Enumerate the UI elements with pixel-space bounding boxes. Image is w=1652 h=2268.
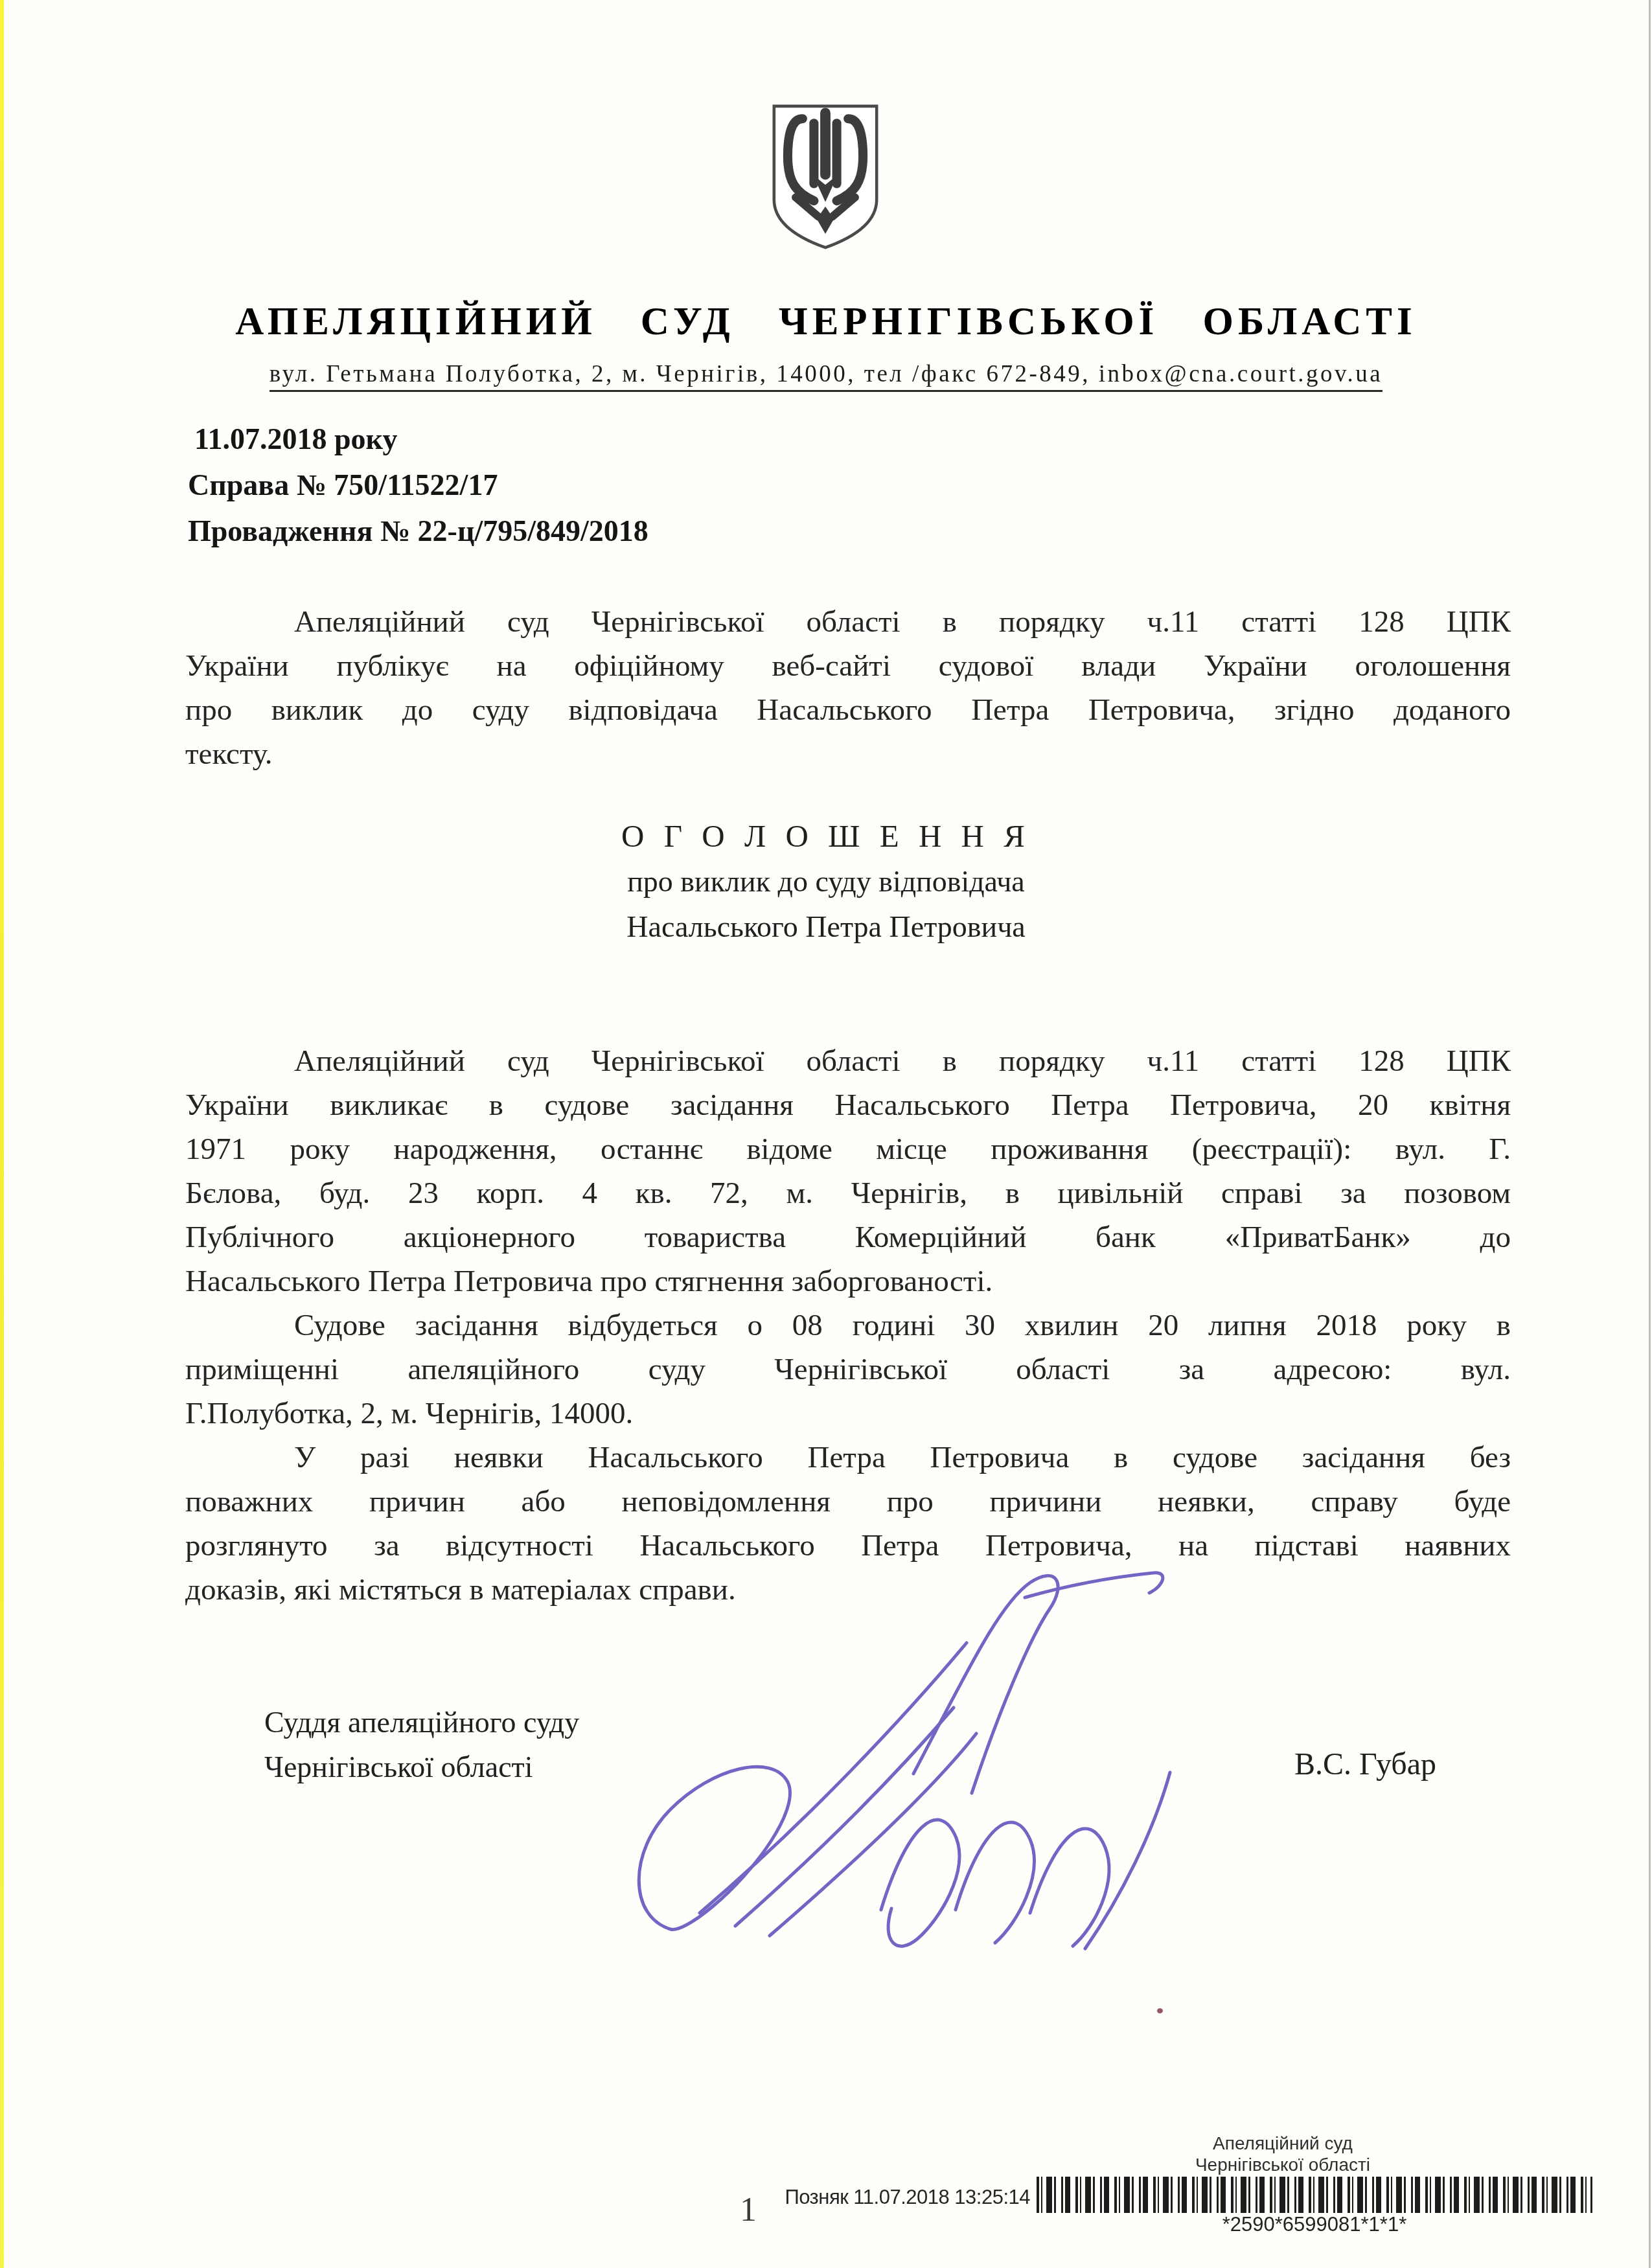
paragraph-line: приміщенні апеляційного суду Чернігівськ… — [185, 1347, 1511, 1392]
summons-paragraph: Апеляційний суд Чернігівської області в … — [185, 1039, 1511, 1303]
case-meta-block: 11.07.2018 року Справа № 750/11522/17 Пр… — [188, 416, 648, 554]
paragraph-line: поважних причин або неповідомлення про п… — [185, 1480, 1511, 1524]
paragraph-line: Г.Полуботка, 2, м. Чернігів, 14000. — [185, 1392, 1511, 1436]
document-date: 11.07.2018 року — [188, 416, 648, 462]
page-number: 1 — [740, 2191, 757, 2229]
judge-role-line: Суддя апеляційного суду — [264, 1700, 579, 1745]
judge-name: В.С. Губар — [1294, 1747, 1436, 1782]
paragraph-line: У разі неявки Насальського Петра Петрови… — [185, 1436, 1511, 1480]
paragraph-line: України викликає в судове засідання Наса… — [185, 1083, 1511, 1127]
paragraph-line: про виклик до суду відповідача Насальськ… — [185, 688, 1511, 732]
paragraph-line: тексту. — [185, 732, 1511, 776]
scanned-court-document-page: АПЕЛЯЦІЙНИЙ СУД ЧЕРНІГІВСЬКОЇ ОБЛАСТІ ву… — [0, 0, 1652, 2268]
proceeding-number: Провадження № 22-ц/795/849/2018 — [188, 508, 648, 554]
announcement-subtitle: про виклик до суду відповідача — [0, 859, 1652, 904]
announcement-title: О Г О Л О Ш Е Н Н Я — [0, 814, 1652, 859]
ukraine-trident-emblem-icon — [768, 101, 882, 253]
footer-stamp-block: Апеляційний суд Чернігівської області — [1056, 2133, 1509, 2175]
announcement-subtitle: Насальського Петра Петровича — [0, 904, 1652, 950]
paragraph-line: Публічного акціонерного товариства Комер… — [185, 1215, 1511, 1259]
barcode-value: *2590*6599081*1*1* — [1037, 2213, 1592, 2236]
intro-paragraph: Апеляційний суд Чернігівської області в … — [185, 600, 1511, 776]
judge-role-line: Чернігівської області — [264, 1745, 579, 1789]
paragraph-line: Апеляційний суд Чернігівської області в … — [185, 600, 1511, 644]
paragraph-line: Апеляційний суд Чернігівської області в … — [185, 1039, 1511, 1083]
announcement-heading-block: О Г О Л О Ш Е Н Н Я про виклик до суду в… — [0, 814, 1652, 950]
handwritten-signature-icon — [602, 1547, 1179, 1975]
court-name-title: АПЕЛЯЦІЙНИЙ СУД ЧЕРНІГІВСЬКОЇ ОБЛАСТІ — [0, 299, 1652, 345]
paragraph-line: України публікує на офіційному веб-сайті… — [185, 644, 1511, 688]
court-address-line: вул. Гетьмана Полуботка, 2, м. Чернігів,… — [0, 360, 1652, 388]
paragraph-line: Бєлова, буд. 23 корп. 4 кв. 72, м. Черні… — [185, 1171, 1511, 1215]
footer-stamp-line: Апеляційний суд — [1056, 2133, 1509, 2154]
paragraph-line: Насальського Петра Петровича про стягнен… — [185, 1259, 1511, 1303]
paragraph-line: 1971 року народження, останнє відоме міс… — [185, 1127, 1511, 1171]
footer-stamp-line: Чернігівської області — [1056, 2154, 1509, 2175]
judge-role-block: Суддя апеляційного суду Чернігівської об… — [264, 1700, 579, 1789]
case-number: Справа № 750/11522/17 — [188, 462, 648, 508]
footer-operator-timestamp: Позняк 11.07.2018 13:25:14 — [687, 2186, 1030, 2209]
hearing-paragraph: Судове засідання відбудеться о 08 годині… — [185, 1303, 1511, 1436]
code39-barcode-icon — [1037, 2177, 1592, 2213]
paragraph-line: Судове засідання відбудеться о 08 годині… — [185, 1303, 1511, 1347]
scan-ink-speck — [1157, 2008, 1163, 2013]
